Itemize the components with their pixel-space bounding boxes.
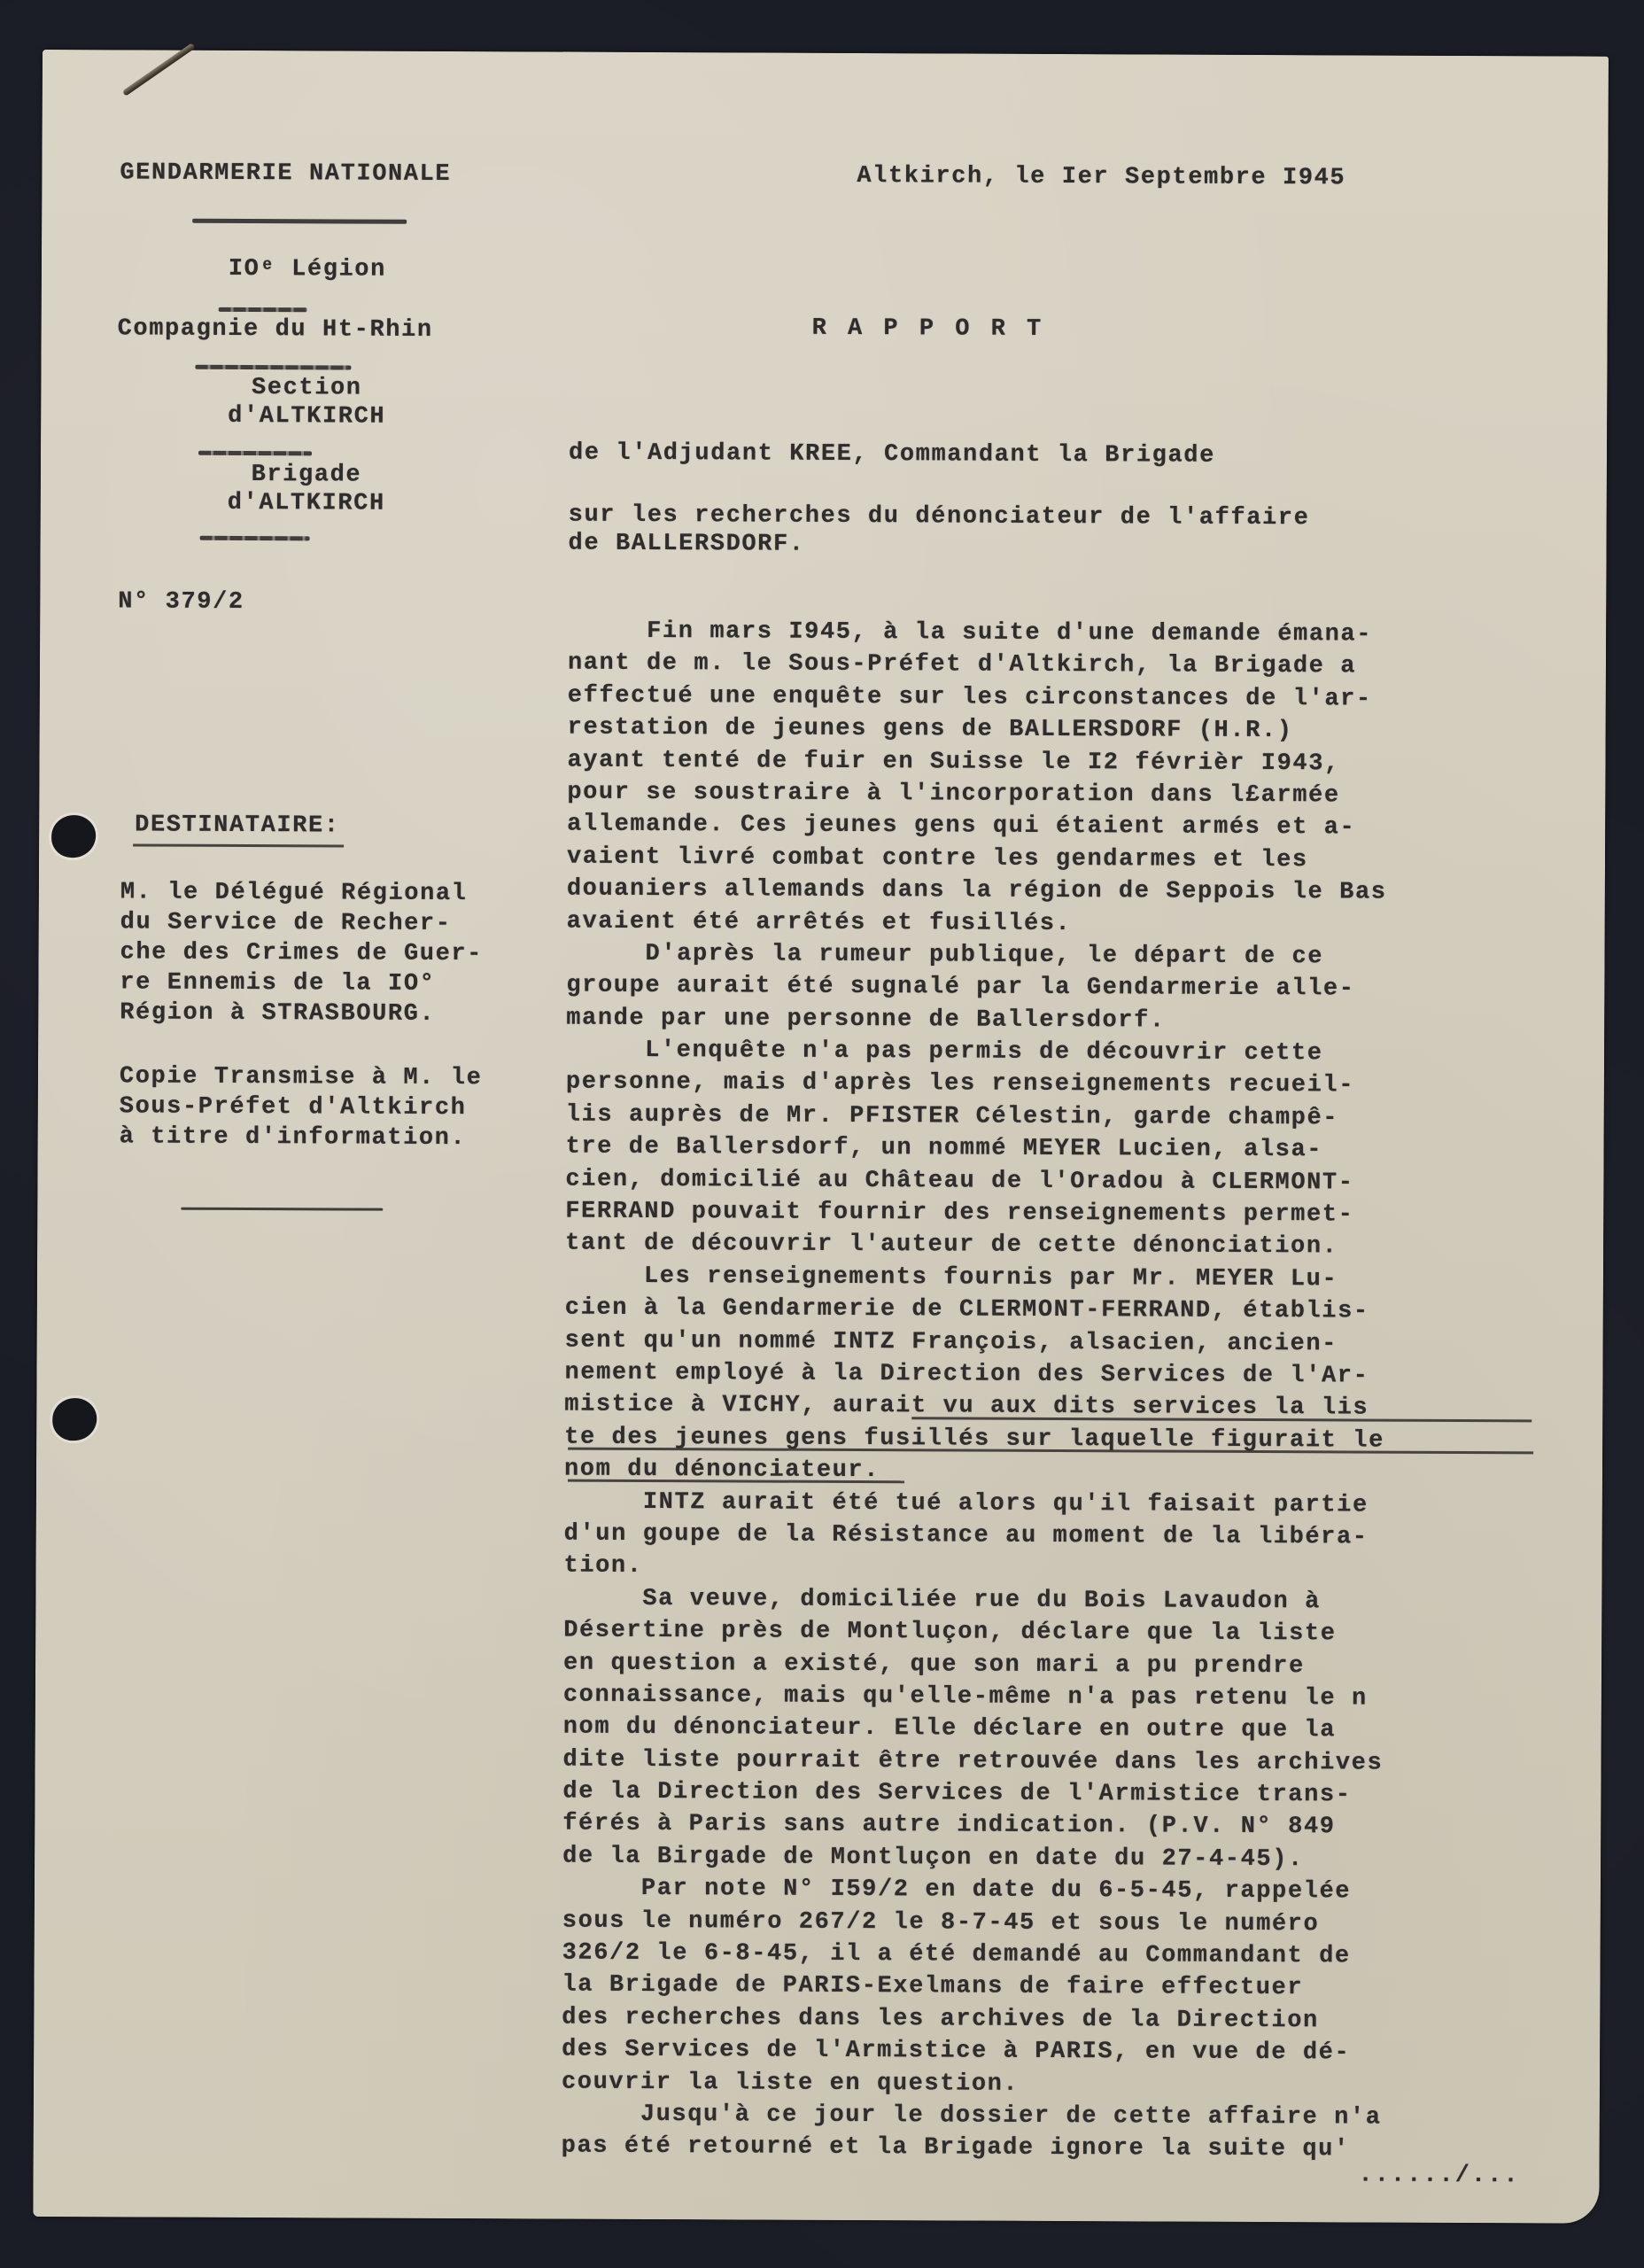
body-line: tre de Ballersdorf, un nommé MEYER Lucie… bbox=[566, 1131, 1386, 1167]
body-line: personne, mais d'après les renseignement… bbox=[566, 1067, 1386, 1102]
body-line: lis auprès de Mr. PFISTER Célestin, gard… bbox=[566, 1099, 1386, 1134]
copy-line: à titre d'information. bbox=[120, 1123, 467, 1152]
recipient-heading: DESTINATAIRE: bbox=[135, 812, 340, 839]
company-label: Compagnie du Ht-Rhin bbox=[118, 315, 433, 344]
body-line: sent qu'un nommé INTZ François, alsacien… bbox=[565, 1324, 1385, 1360]
brigade-label: Brigade bbox=[252, 462, 362, 489]
body-line: en question a existé, que son mari a pu … bbox=[563, 1647, 1384, 1682]
body-line: la Brigade de PARIS-Exelmans de faire ef… bbox=[562, 1969, 1382, 2005]
reference-number: N° 379/2 bbox=[118, 588, 244, 616]
recipient-line: M. le Délégué Régional bbox=[120, 879, 468, 907]
subject-line: sur les recherches du dénonciateur de l'… bbox=[569, 502, 1310, 532]
report-body: Fin mars I945, à la suite d'une demande … bbox=[562, 616, 1388, 2167]
body-line: sous le numéro 267/2 le 8-7-45 et sous l… bbox=[562, 1905, 1383, 1940]
staple-icon bbox=[122, 43, 196, 96]
section-location: d'ALTKIRCH bbox=[228, 403, 385, 431]
divider bbox=[198, 451, 312, 456]
body-line: Les renseignements fournis par Mr. MEYER… bbox=[565, 1260, 1385, 1295]
organization-name: GENDARMERIE NATIONALE bbox=[120, 159, 451, 188]
body-line: groupe aurait été sugnalé par la Gendarm… bbox=[566, 970, 1386, 1006]
body-line: connaissance, mais qu'elle-même n'a pas … bbox=[563, 1679, 1384, 1714]
place-date: Altkirch, le Ier Septembre I945 bbox=[857, 163, 1345, 191]
divider bbox=[195, 365, 351, 370]
body-line: cien, domicilié au Château de l'Oradou à… bbox=[565, 1163, 1385, 1199]
body-line: mande par une personne de Ballersdorf. bbox=[566, 1002, 1386, 1037]
body-line: Sa veuve, domiciliée rue du Bois Lavaudo… bbox=[563, 1582, 1384, 1618]
body-line: tant de découvrir l'auteur de cette déno… bbox=[565, 1228, 1385, 1263]
body-line: des recherches dans les archives de la D… bbox=[562, 2001, 1382, 2037]
body-line: d'un goupe de la Résistance au moment de… bbox=[564, 1518, 1384, 1554]
body-line: ayant tenté de fuir en Suisse le I2 févr… bbox=[567, 744, 1387, 780]
body-line: FERRAND pouvait fournir des renseignemen… bbox=[565, 1196, 1385, 1231]
punch-hole-icon bbox=[52, 1398, 97, 1441]
heading-underline bbox=[133, 843, 344, 847]
body-line: D'après la rumeur publique, le départ de… bbox=[566, 937, 1386, 973]
body-line: Par note N° I59/2 en date du 6-5-45, rap… bbox=[562, 1873, 1383, 1908]
body-line: cien à la Gendarmerie de CLERMONT-FERRAN… bbox=[565, 1293, 1385, 1328]
body-line: douaniers allemands dans la région de Se… bbox=[567, 874, 1387, 909]
body-line: Désertine près de Montluçon, déclare que… bbox=[563, 1615, 1384, 1651]
body-line: nom du dénonciateur. Elle déclare en out… bbox=[563, 1712, 1384, 1747]
body-line: des Services de l'Armistice à PARIS, en … bbox=[562, 2034, 1382, 2070]
body-line: 326/2 le 6-8-45, il a été demandé au Com… bbox=[562, 1938, 1383, 1973]
divider bbox=[200, 536, 310, 541]
divider bbox=[219, 307, 307, 312]
punch-hole-icon bbox=[51, 815, 96, 858]
recipient-line: du Service de Recher- bbox=[120, 909, 452, 937]
body-line: allemande. Ces jeunes gens qui étaient a… bbox=[567, 809, 1387, 844]
divider bbox=[192, 219, 407, 224]
body-line: avaient été arrêtés et fusillés. bbox=[567, 905, 1387, 941]
recipient-line: Région à STRASBOURG. bbox=[120, 999, 435, 1028]
body-line: INTZ aurait été tué alors qu'il faisait … bbox=[564, 1486, 1384, 1521]
body-line: couvrir la liste en question. bbox=[562, 2066, 1382, 2101]
body-line: de la Direction des Services de l'Armist… bbox=[562, 1776, 1383, 1812]
body-line-underlined: nom du dénonciateur. bbox=[564, 1454, 1384, 1489]
body-line: pas été retourné et la Brigade ignore la… bbox=[562, 2131, 1382, 2166]
document-page: GENDARMERIE NATIONALE IOᵉ Légion Compagn… bbox=[33, 50, 1609, 2224]
body-line: férés à Paris sans autre indication. (P.… bbox=[562, 1808, 1383, 1844]
body-line: tion. bbox=[563, 1550, 1384, 1586]
legion-label: IOᵉ Légion bbox=[229, 256, 386, 283]
subject-line: de BALLERSDORF. bbox=[569, 531, 805, 558]
report-title: R A P P O R T bbox=[812, 315, 1045, 343]
divider bbox=[181, 1208, 383, 1211]
body-line: nement employé à la Direction des Servic… bbox=[564, 1357, 1384, 1393]
recipient-line: re Ennemis de la IO° bbox=[120, 969, 435, 998]
recipient-line: che des Crimes de Guer- bbox=[120, 939, 483, 967]
body-line: effectué une enquête sur les circonstanc… bbox=[568, 680, 1388, 715]
copy-line: Copie Transmise à M. le bbox=[120, 1063, 483, 1091]
body-line: nant de m. le Sous-Préfet d'Altkirch, la… bbox=[568, 648, 1388, 683]
body-line: restation de jeunes gens de BALLERSDORF … bbox=[568, 712, 1388, 748]
body-line: pour se soustraire à l'incorporation dan… bbox=[567, 777, 1387, 812]
brigade-location: d'ALTKIRCH bbox=[228, 490, 385, 517]
body-line: L'enquête n'a pas permis de découvrir ce… bbox=[566, 1035, 1386, 1070]
author-line: de l'Adjudant KREE, Commandant la Brigad… bbox=[569, 440, 1215, 470]
copy-line: Sous-Préfet d'Altkirch bbox=[120, 1093, 467, 1122]
body-line: Jusqu'à ce jour le dossier de cette affa… bbox=[562, 2099, 1382, 2134]
body-line: Fin mars I945, à la suite d'une demande … bbox=[568, 616, 1388, 651]
body-line: de la Birgade de Montluçon en date du 27… bbox=[562, 1840, 1383, 1876]
body-line: dite liste pourrait être retrouvée dans … bbox=[563, 1744, 1384, 1779]
body-line: vaient livré combat contre les gendarmes… bbox=[567, 841, 1387, 876]
continuation-mark: ....../... bbox=[1358, 2163, 1519, 2190]
section-label: Section bbox=[252, 375, 362, 402]
